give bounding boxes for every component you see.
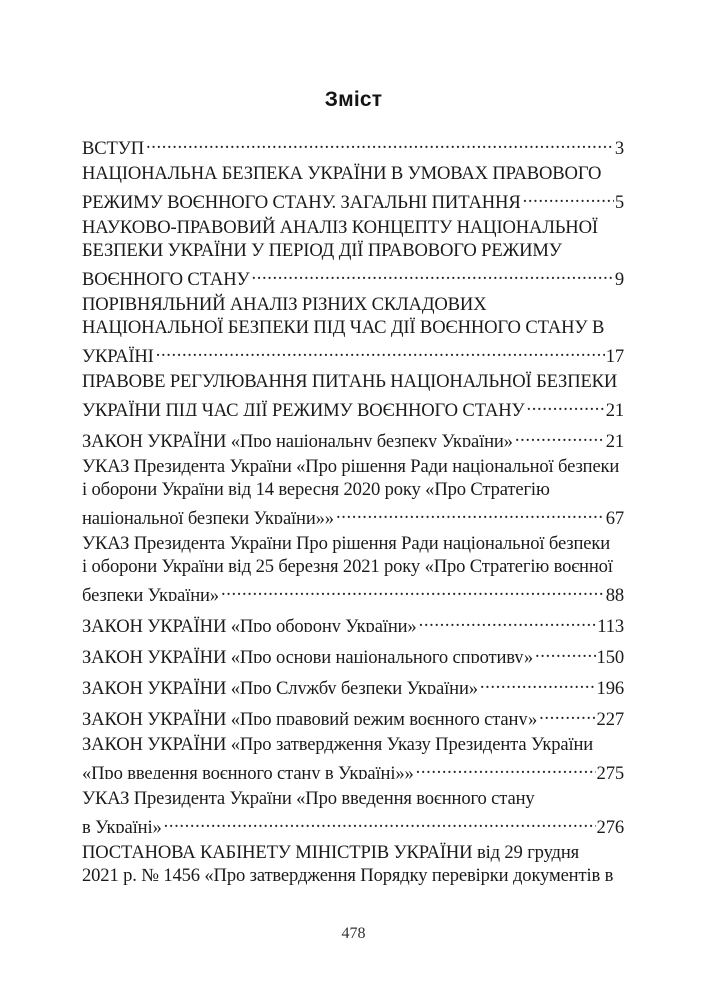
- toc-entry-page: 227: [597, 708, 624, 725]
- toc-entry-line: НАЦІОНАЛЬНОЇ БЕЗПЕКИ ПІД ЧАС ДІЇ ВОЄННОГ…: [82, 316, 624, 339]
- toc-entry-line: УКАЗ Президента України «Про введення во…: [82, 787, 624, 810]
- toc-entry-line: ВСТУП3: [82, 131, 624, 154]
- dot-leader: [156, 339, 605, 362]
- toc-entry[interactable]: ЗАКОН УКРАЇНИ «Про затвердження Указу Пр…: [82, 733, 624, 779]
- dot-leader: [523, 185, 614, 208]
- toc-entry-page: 88: [606, 584, 624, 601]
- toc-entry-title: ЗАКОН УКРАЇНИ «Про оборону України»: [82, 615, 417, 632]
- toc-entry-line: безпеки України» 88: [82, 578, 624, 601]
- toc-entry-line: НАУКОВО-ПРАВОВИЙ АНАЛІЗ КОНЦЕПТУ НАЦІОНА…: [82, 216, 624, 239]
- toc-entry-line: УКРАЇНИ ПІД ЧАС ДІЇ РЕЖИМУ ВОЄННОГО СТАН…: [82, 393, 624, 416]
- toc-entry-page: 276: [597, 816, 624, 833]
- toc-entry-page: 275: [597, 762, 624, 779]
- toc-entry-line: ПОРІВНЯЛЬНИЙ АНАЛІЗ РІЗНИХ СКЛАДОВИХ: [82, 293, 624, 316]
- toc-entry[interactable]: ЗАКОН УКРАЇНИ «Про оборону України»113: [82, 609, 624, 632]
- toc-entry[interactable]: ВСТУП3: [82, 131, 624, 154]
- toc-entry-page: 113: [597, 615, 624, 632]
- dot-leader: [535, 640, 596, 663]
- toc-entry-line: ВОЄННОГО СТАНУ 9: [82, 262, 624, 285]
- toc-entry-line: ЗАКОН УКРАЇНИ «Про основи національного …: [82, 640, 624, 663]
- toc-entry[interactable]: НАЦІОНАЛЬНА БЕЗПЕКА УКРАЇНИ В УМОВАХ ПРА…: [82, 162, 624, 208]
- toc-entry-title: РЕЖИМУ ВОЄННОГО СТАНУ. ЗАГАЛЬНІ ПИТАННЯ: [82, 191, 521, 208]
- toc-entry-page: 17: [606, 345, 624, 362]
- toc-entry-page: 67: [606, 507, 624, 524]
- toc-entry-line: ЗАКОН УКРАЇНИ «Про Службу безпеки Україн…: [82, 671, 624, 694]
- toc-entry-title: національної безпеки України»»: [82, 507, 334, 524]
- toc-entry-title: ЗАКОН УКРАЇНИ «Про основи національного …: [82, 646, 533, 663]
- toc-heading: Зміст: [0, 88, 707, 112]
- toc-entry[interactable]: УКАЗ Президента України Про рішення Ради…: [82, 532, 624, 601]
- dot-leader: [527, 393, 605, 416]
- toc-entry-title: УКРАЇНИ ПІД ЧАС ДІЇ РЕЖИМУ ВОЄННОГО СТАН…: [82, 399, 525, 416]
- dot-leader: [480, 671, 596, 694]
- table-of-contents: ВСТУП3НАЦІОНАЛЬНА БЕЗПЕКА УКРАЇНИ В УМОВ…: [82, 131, 624, 895]
- toc-entry-title: в Україні»: [82, 816, 162, 833]
- dot-leader: [539, 702, 595, 725]
- toc-entry-title: ЗАКОН УКРАЇНИ «Про правовий режим воєнно…: [82, 708, 537, 725]
- toc-entry-line: БЕЗПЕКИ УКРАЇНИ У ПЕРІОД ДІЇ ПРАВОВОГО Р…: [82, 239, 624, 262]
- toc-entry-line: РЕЖИМУ ВОЄННОГО СТАНУ. ЗАГАЛЬНІ ПИТАННЯ5: [82, 185, 624, 208]
- toc-entry-line: 2021 р. № 1456 «Про затвердження Порядку…: [82, 864, 624, 887]
- toc-entry[interactable]: ПОРІВНЯЛЬНИЙ АНАЛІЗ РІЗНИХ СКЛАДОВИХНАЦІ…: [82, 293, 624, 362]
- dot-leader: [146, 131, 614, 154]
- toc-entry[interactable]: УКАЗ Президента України «Про рішення Рад…: [82, 455, 624, 524]
- toc-entry-page: 3: [615, 137, 624, 154]
- document-page: Зміст ВСТУП3НАЦІОНАЛЬНА БЕЗПЕКА УКРАЇНИ …: [0, 0, 707, 1000]
- toc-entry[interactable]: ЗАКОН УКРАЇНИ «Про основи національного …: [82, 640, 624, 663]
- toc-entry-line: в Україні»276: [82, 810, 624, 833]
- toc-entry-line: і оборони України від 25 березня 2021 ро…: [82, 555, 624, 578]
- toc-entry-title: ВСТУП: [82, 137, 144, 154]
- toc-entry-line: ЗАКОН УКРАЇНИ «Про затвердження Указу Пр…: [82, 733, 624, 756]
- toc-entry-line: ЗАКОН УКРАЇНИ «Про оборону України»113: [82, 609, 624, 632]
- toc-entry-title: УКРАЇНІ: [82, 345, 154, 362]
- toc-entry-line: УКРАЇНІ17: [82, 339, 624, 362]
- toc-entry[interactable]: ЗАКОН УКРАЇНИ «Про правовий режим воєнно…: [82, 702, 624, 725]
- toc-entry-page: 5: [615, 191, 624, 208]
- toc-entry-line: УКАЗ Президента України «Про рішення Рад…: [82, 455, 624, 478]
- toc-entry-line: НАЦІОНАЛЬНА БЕЗПЕКА УКРАЇНИ В УМОВАХ ПРА…: [82, 162, 624, 185]
- toc-entry-page: 21: [606, 430, 624, 447]
- toc-entry[interactable]: ПРАВОВЕ РЕГУЛЮВАННЯ ПИТАНЬ НАЦІОНАЛЬНОЇ …: [82, 370, 624, 416]
- dot-leader: [252, 262, 614, 285]
- toc-entry-title: ЗАКОН УКРАЇНИ «Про Службу безпеки Україн…: [82, 677, 478, 694]
- dot-leader: [221, 578, 605, 601]
- toc-entry[interactable]: УКАЗ Президента України «Про введення во…: [82, 787, 624, 833]
- toc-entry-line: національної безпеки України»» 67: [82, 501, 624, 524]
- toc-entry-line: УКАЗ Президента України Про рішення Ради…: [82, 532, 624, 555]
- page-number: 478: [0, 925, 707, 943]
- dot-leader: [164, 810, 596, 833]
- toc-entry-title: ВОЄННОГО СТАНУ: [82, 268, 250, 285]
- toc-entry[interactable]: ЗАКОН УКРАЇНИ «Про національну безпеку У…: [82, 424, 624, 447]
- dot-leader: [515, 424, 605, 447]
- toc-entry-page: 196: [597, 677, 624, 694]
- dot-leader: [416, 756, 596, 779]
- toc-entry-line: і оборони України від 14 вересня 2020 ро…: [82, 478, 624, 501]
- toc-entry[interactable]: ПОСТАНОВА КАБІНЕТУ МІНІСТРІВ УКРАЇНИ від…: [82, 841, 624, 887]
- toc-entry-line: ЗАКОН УКРАЇНИ «Про правовий режим воєнно…: [82, 702, 624, 725]
- toc-entry-line: ПОСТАНОВА КАБІНЕТУ МІНІСТРІВ УКРАЇНИ від…: [82, 841, 624, 864]
- toc-entry[interactable]: НАУКОВО-ПРАВОВИЙ АНАЛІЗ КОНЦЕПТУ НАЦІОНА…: [82, 216, 624, 285]
- toc-entry-page: 150: [597, 646, 624, 663]
- toc-entry[interactable]: ЗАКОН УКРАЇНИ «Про Службу безпеки Україн…: [82, 671, 624, 694]
- dot-leader: [336, 501, 605, 524]
- toc-entry-page: 21: [606, 399, 624, 416]
- toc-entry-title: безпеки України»: [82, 584, 219, 601]
- toc-entry-line: ЗАКОН УКРАЇНИ «Про національну безпеку У…: [82, 424, 624, 447]
- toc-entry-line: ПРАВОВЕ РЕГУЛЮВАННЯ ПИТАНЬ НАЦІОНАЛЬНОЇ …: [82, 370, 624, 393]
- toc-entry-line: «Про введення воєнного стану в Україні»»…: [82, 756, 624, 779]
- dot-leader: [419, 609, 597, 632]
- toc-entry-title: «Про введення воєнного стану в Україні»»: [82, 762, 414, 779]
- toc-entry-title: ЗАКОН УКРАЇНИ «Про національну безпеку У…: [82, 430, 513, 447]
- toc-entry-page: 9: [615, 268, 624, 285]
